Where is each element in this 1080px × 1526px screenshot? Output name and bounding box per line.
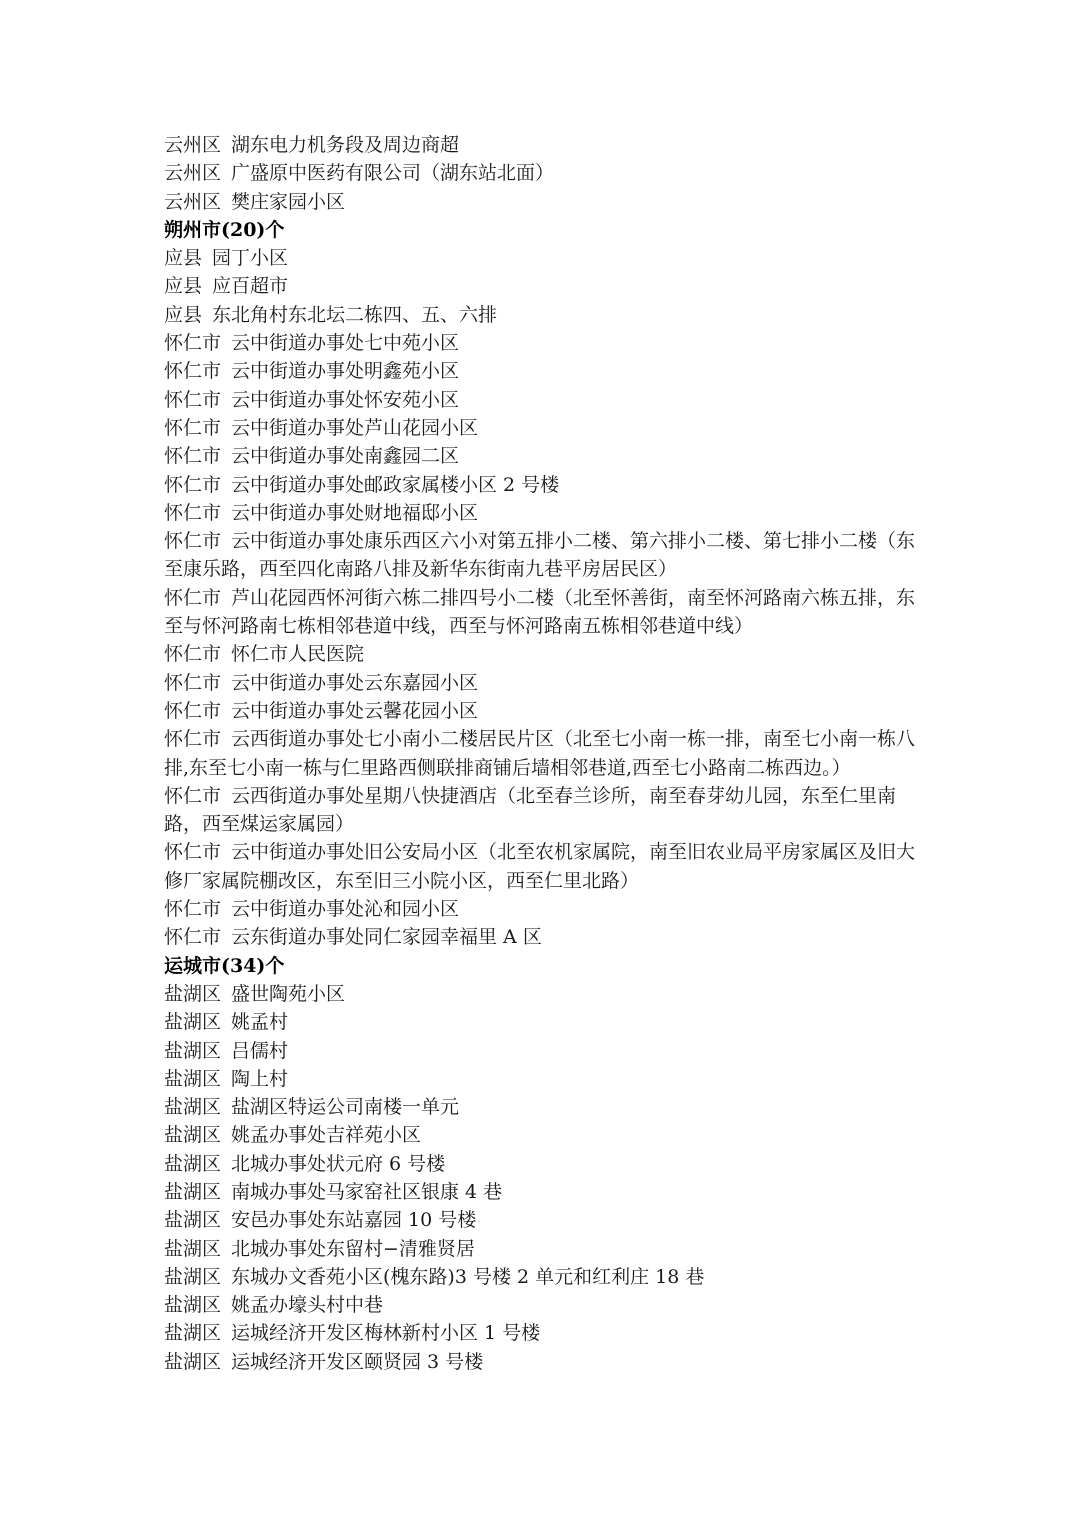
district-name: 盐湖区 bbox=[164, 1209, 221, 1231]
district-name: 盐湖区 bbox=[164, 1322, 221, 1344]
place-name: 云中街道办事处怀安苑小区 bbox=[231, 389, 459, 411]
district-name: 怀仁市 bbox=[164, 672, 221, 694]
list-item: 怀仁市云中街道办事处芦山花园小区 bbox=[164, 414, 924, 442]
place-name: 姚孟办事处吉祥苑小区 bbox=[231, 1124, 421, 1146]
place-name: 东北角村东北坛二栋四、五、六排 bbox=[212, 304, 497, 326]
place-name: 安邑办事处东站嘉园 10 号楼 bbox=[231, 1209, 476, 1231]
place-name: 怀仁市人民医院 bbox=[231, 643, 364, 665]
place-name: 北城办事处状元府 6 号楼 bbox=[231, 1153, 445, 1175]
place-name: 湖东电力机务段及周边商超 bbox=[231, 134, 459, 156]
list-item: 盐湖区东城办文香苑小区(槐东路)3 号楼 2 单元和红利庄 18 巷 bbox=[164, 1263, 924, 1291]
district-name: 怀仁市 bbox=[164, 926, 221, 948]
district-name: 盐湖区 bbox=[164, 1266, 221, 1288]
list-item: 盐湖区姚孟办壕头村中巷 bbox=[164, 1291, 924, 1319]
list-item: 怀仁市云中街道办事处七中苑小区 bbox=[164, 329, 924, 357]
district-name: 应县 bbox=[164, 247, 202, 269]
list-item: 云州区湖东电力机务段及周边商超 bbox=[164, 131, 924, 159]
list-item: 怀仁市云东街道办事处同仁家园幸福里 A 区 bbox=[164, 923, 924, 951]
district-name: 怀仁市 bbox=[164, 502, 221, 524]
list-item: 应县应百超市 bbox=[164, 272, 924, 300]
list-item: 云州区樊庄家园小区 bbox=[164, 188, 924, 216]
list-item: 盐湖区陶上村 bbox=[164, 1065, 924, 1093]
place-name: 云中街道办事处财地福邸小区 bbox=[231, 502, 478, 524]
list-item: 怀仁市云中街道办事处怀安苑小区 bbox=[164, 386, 924, 414]
list-item: 应县东北角村东北坛二栋四、五、六排 bbox=[164, 301, 924, 329]
list-item: 怀仁市怀仁市人民医院 bbox=[164, 640, 924, 668]
district-name: 云州区 bbox=[164, 162, 221, 184]
district-name: 怀仁市 bbox=[164, 643, 221, 665]
district-name: 云州区 bbox=[164, 191, 221, 213]
section-heading: 运城市(34)个 bbox=[164, 952, 924, 980]
place-name: 云西街道办事处七小南小二楼居民片区（北至七小南一栋一排，南至七小南一栋八排,东至… bbox=[164, 728, 915, 778]
place-name: 陶上村 bbox=[231, 1068, 288, 1090]
district-name: 怀仁市 bbox=[164, 841, 221, 863]
place-name: 芦山花园西怀河街六栋二排四号小二楼（北至怀善街，南至怀河路南六栋五排，东至与怀河… bbox=[164, 587, 915, 637]
district-name: 怀仁市 bbox=[164, 417, 221, 439]
list-item: 盐湖区南城办事处马家窑社区银康 4 巷 bbox=[164, 1178, 924, 1206]
place-name: 云中街道办事处邮政家属楼小区 2 号楼 bbox=[231, 474, 559, 496]
district-name: 盐湖区 bbox=[164, 1351, 221, 1373]
list-item: 盐湖区北城办事处状元府 6 号楼 bbox=[164, 1150, 924, 1178]
district-name: 应县 bbox=[164, 304, 202, 326]
list-item: 怀仁市云中街道办事处邮政家属楼小区 2 号楼 bbox=[164, 471, 924, 499]
district-name: 盐湖区 bbox=[164, 1238, 221, 1260]
district-name: 怀仁市 bbox=[164, 587, 221, 609]
list-item: 怀仁市云中街道办事处云东嘉园小区 bbox=[164, 669, 924, 697]
district-name: 怀仁市 bbox=[164, 898, 221, 920]
district-name: 盐湖区 bbox=[164, 1124, 221, 1146]
place-name: 盐湖区特运公司南楼一单元 bbox=[231, 1096, 459, 1118]
district-name: 怀仁市 bbox=[164, 728, 221, 750]
place-name: 樊庄家园小区 bbox=[231, 191, 345, 213]
place-name: 云中街道办事处云馨花园小区 bbox=[231, 700, 478, 722]
district-name: 盐湖区 bbox=[164, 983, 221, 1005]
place-name: 运城经济开发区梅林新村小区 1 号楼 bbox=[231, 1322, 540, 1344]
place-name: 云中街道办事处旧公安局小区（北至农机家属院，南至旧农业局平房家属区及旧大修厂家属… bbox=[164, 841, 915, 891]
list-item: 盐湖区盐湖区特运公司南楼一单元 bbox=[164, 1093, 924, 1121]
list-item: 怀仁市云中街道办事处南鑫园二区 bbox=[164, 442, 924, 470]
list-item: 盐湖区吕儒村 bbox=[164, 1037, 924, 1065]
place-name: 广盛原中医药有限公司（湖东站北面） bbox=[231, 162, 554, 184]
list-item: 应县园丁小区 bbox=[164, 244, 924, 272]
place-name: 园丁小区 bbox=[212, 247, 288, 269]
list-item: 怀仁市云中街道办事处康乐西区六小对第五排小二楼、第六排小二楼、第七排小二楼（东至… bbox=[164, 527, 924, 584]
district-name: 怀仁市 bbox=[164, 474, 221, 496]
list-item: 盐湖区安邑办事处东站嘉园 10 号楼 bbox=[164, 1206, 924, 1234]
list-item: 怀仁市云中街道办事处财地福邸小区 bbox=[164, 499, 924, 527]
list-item: 怀仁市云西街道办事处星期八快捷酒店（北至春兰诊所，南至春芽幼儿园，东至仁里南路，… bbox=[164, 782, 924, 839]
list-item: 盐湖区姚孟办事处吉祥苑小区 bbox=[164, 1121, 924, 1149]
place-name: 云中街道办事处沁和园小区 bbox=[231, 898, 459, 920]
list-item: 盐湖区运城经济开发区梅林新村小区 1 号楼 bbox=[164, 1319, 924, 1347]
district-name: 盐湖区 bbox=[164, 1096, 221, 1118]
district-name: 盐湖区 bbox=[164, 1181, 221, 1203]
place-name: 应百超市 bbox=[212, 275, 288, 297]
district-name: 怀仁市 bbox=[164, 785, 221, 807]
district-name: 怀仁市 bbox=[164, 389, 221, 411]
section-heading: 朔州市(20)个 bbox=[164, 216, 924, 244]
district-name: 应县 bbox=[164, 275, 202, 297]
place-name: 云中街道办事处云东嘉园小区 bbox=[231, 672, 478, 694]
place-name: 云中街道办事处七中苑小区 bbox=[231, 332, 459, 354]
list-item: 云州区广盛原中医药有限公司（湖东站北面） bbox=[164, 159, 924, 187]
place-name: 吕儒村 bbox=[231, 1040, 288, 1062]
place-name: 南城办事处马家窑社区银康 4 巷 bbox=[231, 1181, 502, 1203]
place-name: 东城办文香苑小区(槐东路)3 号楼 2 单元和红利庄 18 巷 bbox=[231, 1266, 704, 1288]
district-name: 盐湖区 bbox=[164, 1040, 221, 1062]
place-name: 云西街道办事处星期八快捷酒店（北至春兰诊所，南至春芽幼儿园，东至仁里南路，西至煤… bbox=[164, 785, 896, 835]
list-item: 怀仁市云中街道办事处明鑫苑小区 bbox=[164, 357, 924, 385]
list-item: 盐湖区盛世陶苑小区 bbox=[164, 980, 924, 1008]
list-item: 盐湖区北城办事处东留村−清雅贤居 bbox=[164, 1235, 924, 1263]
place-name: 姚孟村 bbox=[231, 1011, 288, 1033]
district-name: 盐湖区 bbox=[164, 1011, 221, 1033]
district-name: 怀仁市 bbox=[164, 360, 221, 382]
place-name: 云中街道办事处康乐西区六小对第五排小二楼、第六排小二楼、第七排小二楼（东至康乐路… bbox=[164, 530, 915, 580]
document-page: 云州区湖东电力机务段及周边商超 云州区广盛原中医药有限公司（湖东站北面） 云州区… bbox=[164, 131, 924, 1376]
place-name: 北城办事处东留村−清雅贤居 bbox=[231, 1238, 475, 1260]
district-name: 盐湖区 bbox=[164, 1068, 221, 1090]
place-name: 盛世陶苑小区 bbox=[231, 983, 345, 1005]
district-name: 怀仁市 bbox=[164, 332, 221, 354]
place-name: 云中街道办事处南鑫园二区 bbox=[231, 445, 459, 467]
list-item: 怀仁市芦山花园西怀河街六栋二排四号小二楼（北至怀善街，南至怀河路南六栋五排，东至… bbox=[164, 584, 924, 641]
district-name: 云州区 bbox=[164, 134, 221, 156]
list-item: 怀仁市云西街道办事处七小南小二楼居民片区（北至七小南一栋一排，南至七小南一栋八排… bbox=[164, 725, 924, 782]
district-name: 盐湖区 bbox=[164, 1294, 221, 1316]
district-name: 怀仁市 bbox=[164, 530, 221, 552]
place-name: 云中街道办事处明鑫苑小区 bbox=[231, 360, 459, 382]
district-name: 盐湖区 bbox=[164, 1153, 221, 1175]
list-item: 怀仁市云中街道办事处沁和园小区 bbox=[164, 895, 924, 923]
place-name: 运城经济开发区颐贤园 3 号楼 bbox=[231, 1351, 483, 1373]
place-name: 云中街道办事处芦山花园小区 bbox=[231, 417, 478, 439]
list-item: 怀仁市云中街道办事处旧公安局小区（北至农机家属院，南至旧农业局平房家属区及旧大修… bbox=[164, 838, 924, 895]
list-item: 盐湖区姚孟村 bbox=[164, 1008, 924, 1036]
list-item: 怀仁市云中街道办事处云馨花园小区 bbox=[164, 697, 924, 725]
place-name: 云东街道办事处同仁家园幸福里 A 区 bbox=[231, 926, 542, 948]
list-item: 盐湖区运城经济开发区颐贤园 3 号楼 bbox=[164, 1348, 924, 1376]
place-name: 姚孟办壕头村中巷 bbox=[231, 1294, 383, 1316]
district-name: 怀仁市 bbox=[164, 700, 221, 722]
district-name: 怀仁市 bbox=[164, 445, 221, 467]
